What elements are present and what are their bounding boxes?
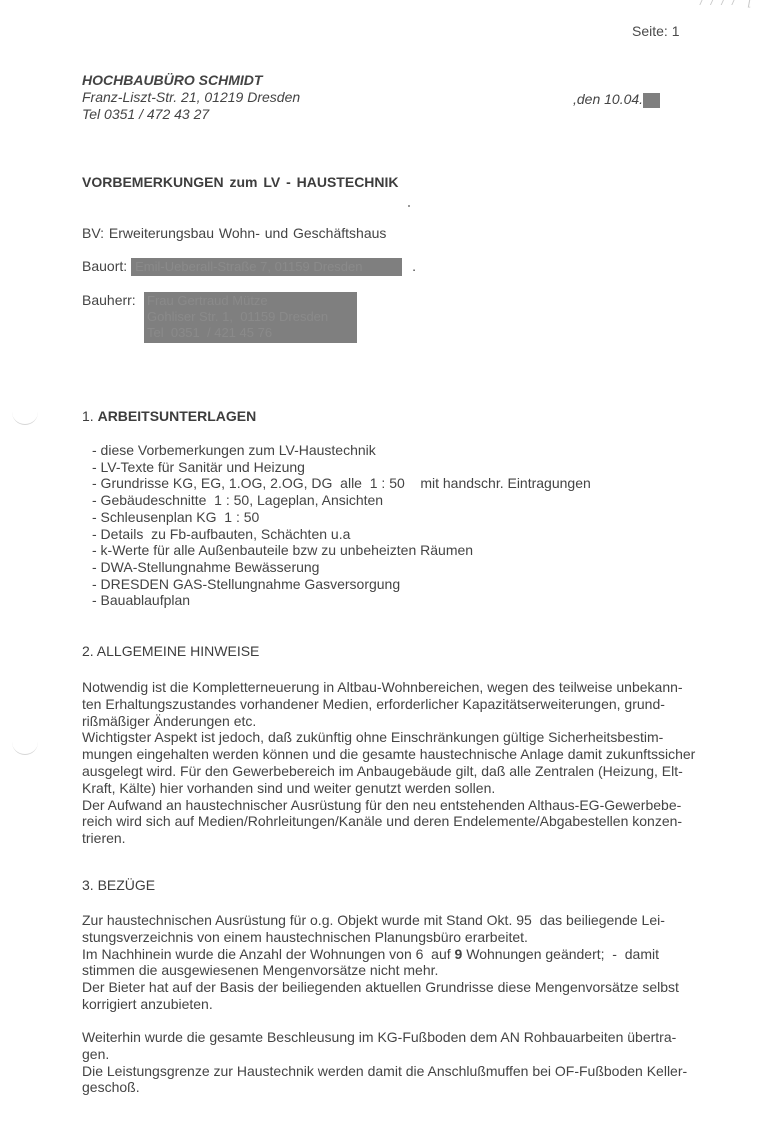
text-line: trieren. [82,830,732,847]
text-line: stimmen die ausgewiesenen Mengenvorsätze… [82,962,732,979]
section-1-title: ARBEITSUNTERLAGEN [98,408,257,424]
sender-phone: Tel 0351 / 472 43 27 [82,106,300,123]
list-item: - DRESDEN GAS-Stellungnahme Gasversorgun… [92,576,591,593]
text-line: Notwendig ist die Kompletterneuerung in … [82,679,732,696]
punch-hole-mark [12,736,38,755]
document-date: ,den 10.04. [573,91,660,108]
text-line: ausgelegt wird. Für den Gewerbebereich i… [82,763,732,780]
text-line: Wichtigster Aspekt ist jedoch, daß zukün… [82,729,732,746]
list-item: - Schleusenplan KG 1 : 50 [92,509,591,526]
text-line: korrigiert anzubieten. [82,996,732,1013]
sender-name: HOCHBAUBÜRO SCHMIDT [82,72,300,89]
bauherr-label: Bauherr: [82,292,136,308]
section-1-number: 1. [82,408,94,424]
text-line: Der Aufwand an haustechnischer Ausrüstun… [82,797,732,814]
sender-block: HOCHBAUBÜRO SCHMIDT Franz-Liszt-Str. 21,… [82,72,300,123]
bauort-redacted: Emil-Ueberall-Straße 7, 01159 Dresden [131,258,402,276]
text-line: gen. [82,1046,732,1063]
redacted-year [643,93,660,108]
list-item: - Bauablaufplan [92,592,591,609]
text-line: ten Erhaltungszustandes vorhandener Medi… [82,696,732,713]
sender-address: Franz-Liszt-Str. 21, 01219 Dresden [82,89,300,106]
section-3-paragraph-1: Zur haustechnischen Ausrüstung für o.g. … [82,912,732,1013]
section-1-heading: 1. ARBEITSUNTERLAGEN [82,408,256,424]
section-3-heading: 3. BEZÜGE [82,877,155,893]
project-bauort: Bauort:Emil-Ueberall-Straße 7, 01159 Dre… [82,258,416,276]
list-item: - k-Werte für alle Außenbauteile bzw zu … [92,542,591,559]
punch-hole-mark [12,406,38,425]
project-bv: BV: Erweiterungsbau Wohn- und Geschäftsh… [82,225,386,241]
section-2-paragraph: Notwendig ist die Kompletterneuerung in … [82,679,732,847]
section-3-paragraph-2: Weiterhin wurde die gesamte Beschleusung… [82,1029,732,1096]
section-2-heading: 2. ALLGEMEINE HINWEISE [82,643,259,659]
bauort-label: Bauort: [82,258,127,274]
text-line: Die Leistungsgrenze zur Haustechnik werd… [82,1063,732,1080]
list-item: - DWA-Stellungnahme Bewässerung [92,559,591,576]
bauherr-line: Tel 0351 / 421 45 76 [147,325,354,341]
document-title: VORBEMERKUNGEN zum LV - HAUSTECHNIK [82,174,399,190]
text-line: Der Bieter hat auf der Basis der beilieg… [82,979,732,996]
text-line: mungen eingehalten werden können und die… [82,746,732,763]
list-item: - LV-Texte für Sanitär und Heizung [92,459,591,476]
text-line: Im Nachhinein wurde die Anzahl der Wohnu… [82,946,732,963]
bauherr-line: Gohliser Str. 1, 01159 Dresden [147,309,354,325]
list-item: - Grundrisse KG, EG, 1.OG, 2.OG, DG alle… [92,475,591,492]
text-line: Kraft, Kälte) hier vorhanden sind und we… [82,780,732,797]
page-number: Seite: 1 [632,23,679,39]
list-item: - Details zu Fb-aufbauten, Schächten u.a [92,526,591,543]
text-line: Zur haustechnischen Ausrüstung für o.g. … [82,912,732,929]
date-text: ,den 10.04. [573,91,643,107]
text-line: reich wird sich auf Medien/Rohrleitungen… [82,813,732,830]
bauort-suffix: . [412,258,416,274]
list-item: - diese Vorbemerkungen zum LV-Haustechni… [92,442,591,459]
bauherr-redacted: Frau Gertraud Mütze Gohliser Str. 1, 011… [144,292,357,343]
list-item: - Gebäudeschnitte 1 : 50, Lageplan, Ansi… [92,492,591,509]
text-line: geschoß. [82,1079,732,1096]
bauherr-line: Frau Gertraud Mütze [147,293,354,309]
scan-speck [408,205,410,207]
text-line: stungsverzeichnis von einem haustechnisc… [82,929,732,946]
handwritten-corner-note: / / / / [ [700,0,753,8]
section-1-list: - diese Vorbemerkungen zum LV-Haustechni… [92,442,591,609]
text-line: rißmäßiger Änderungen etc. [82,713,732,730]
text-line: Weiterhin wurde die gesamte Beschleusung… [82,1029,732,1046]
